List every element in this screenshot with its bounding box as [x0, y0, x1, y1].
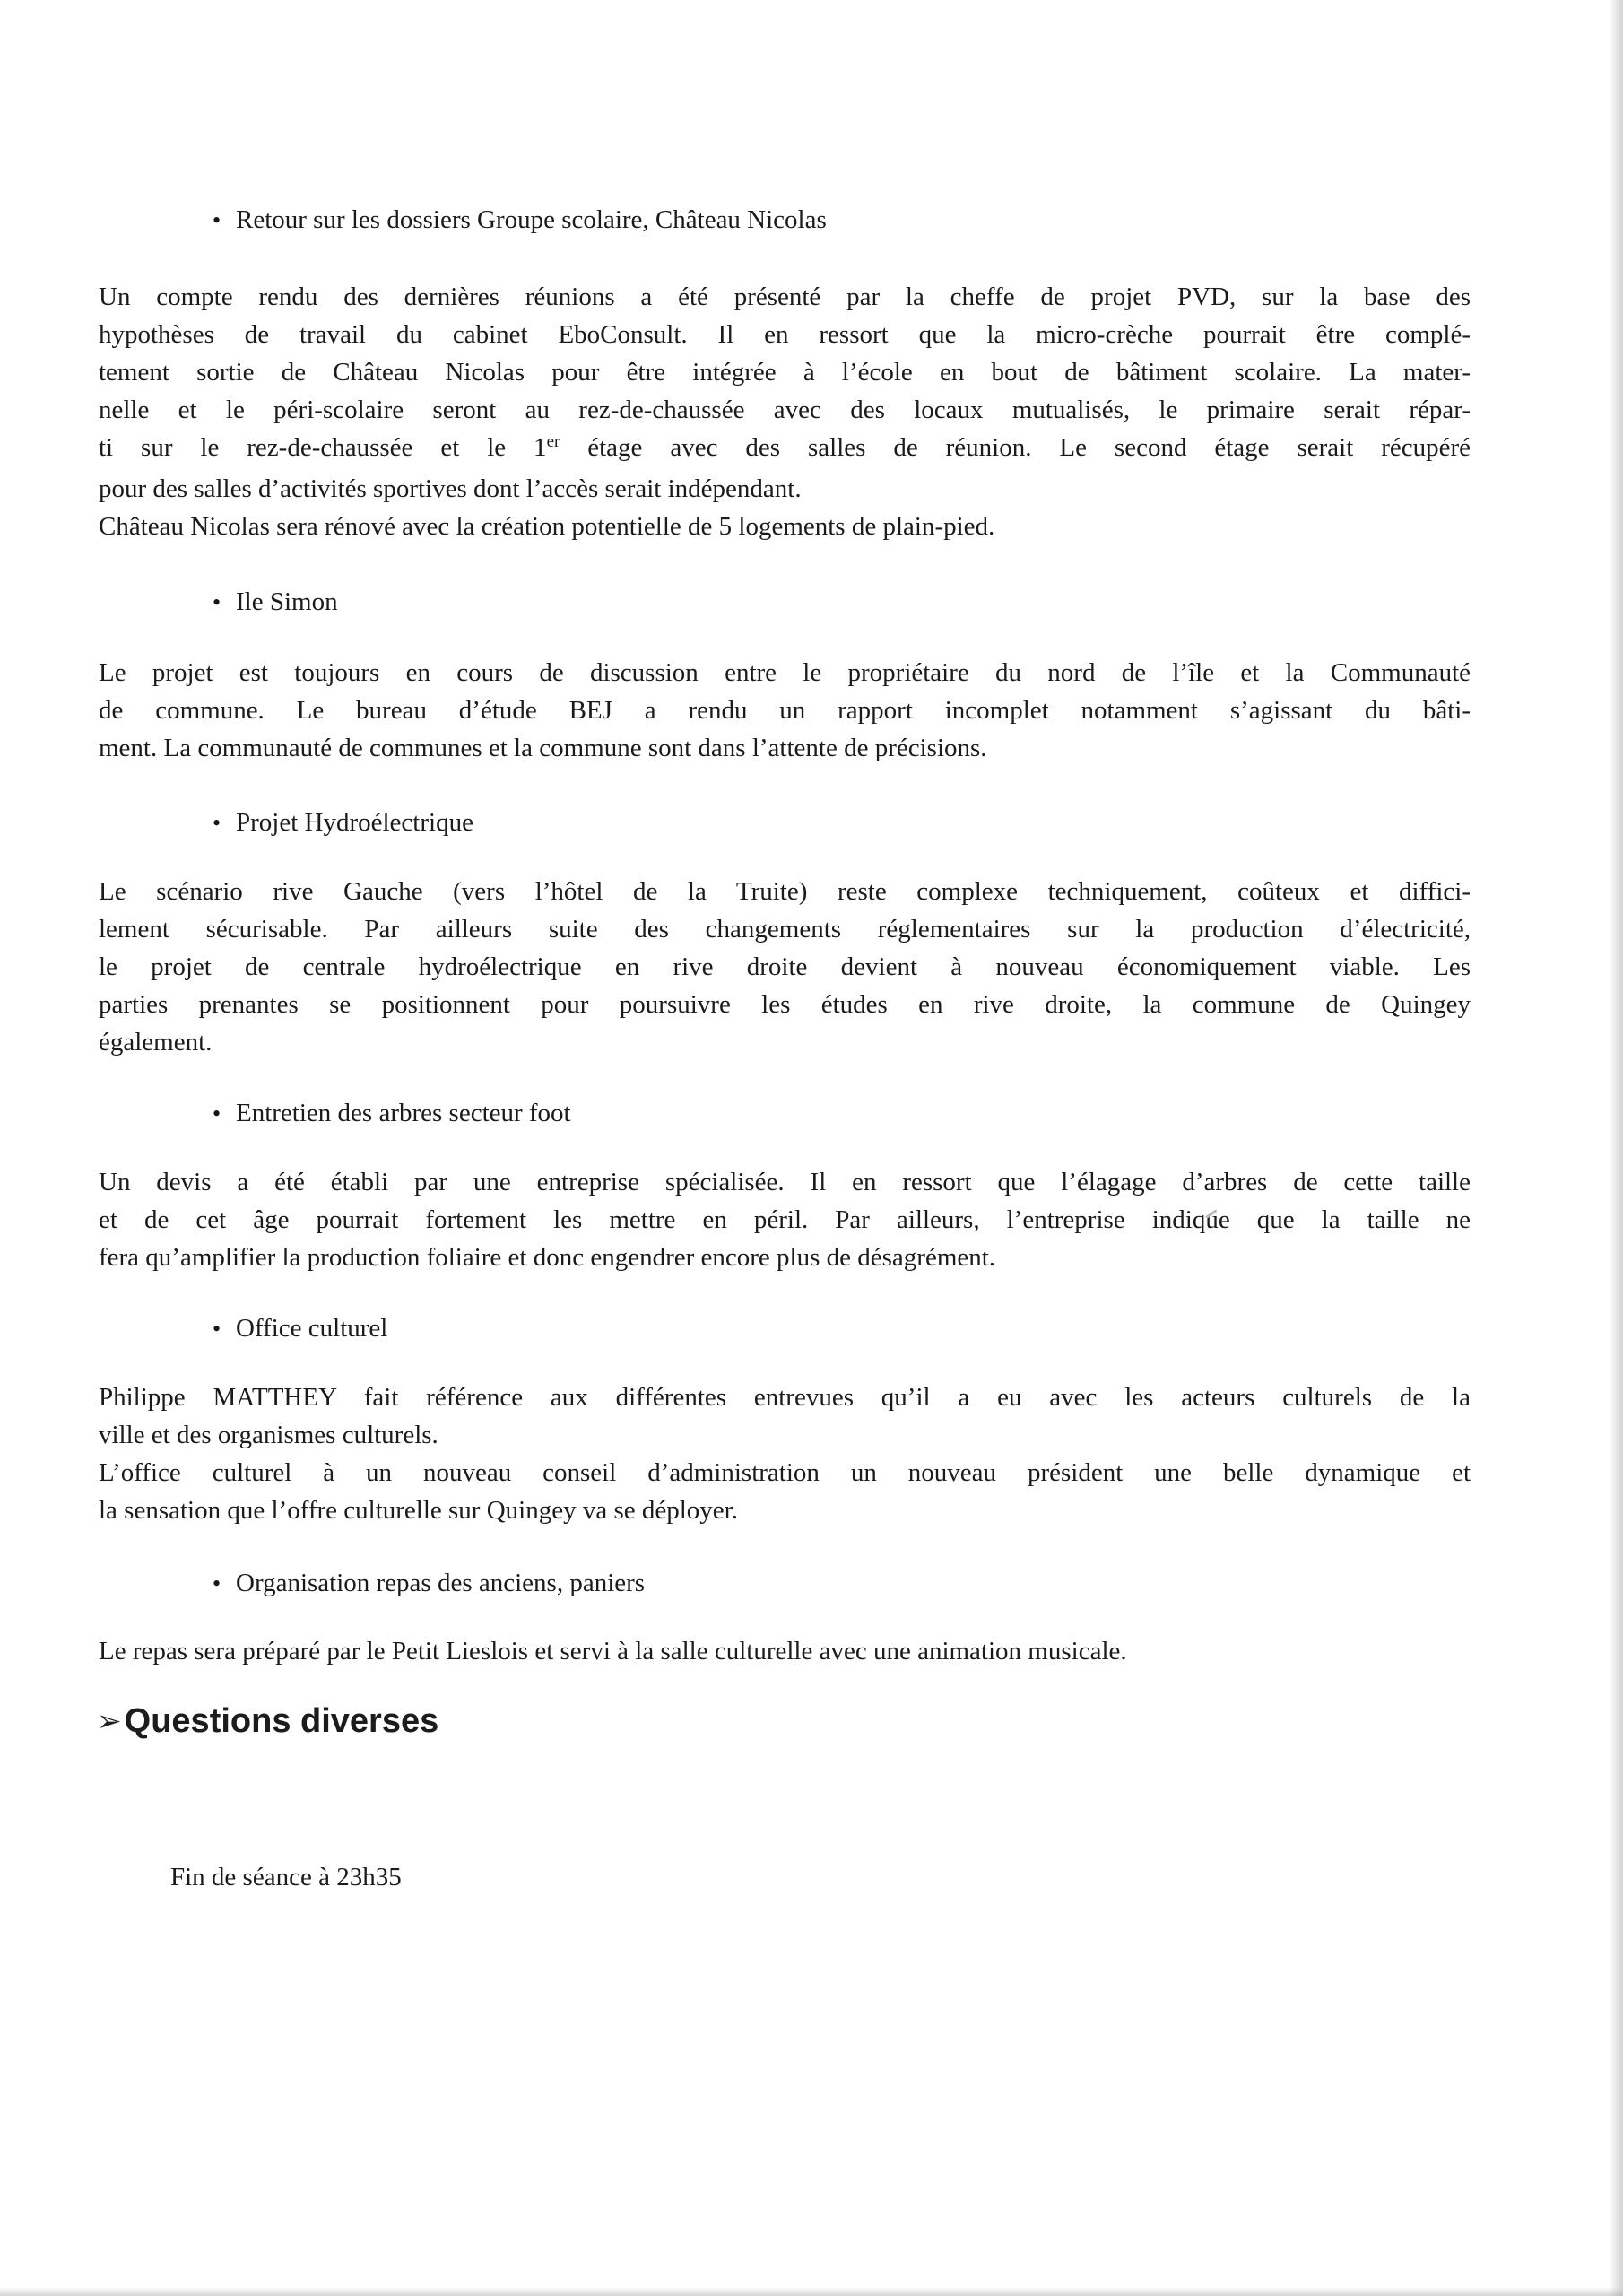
paragraph-ile-simon: Le projet est toujours en cours de discu…	[99, 654, 1471, 767]
text-line: et de cet âge pourrait fortement les met…	[99, 1201, 1471, 1239]
bullet-icon: •	[213, 1310, 236, 1348]
bullet-item-ile-simon: • Ile Simon	[99, 583, 1584, 622]
bullet-icon: •	[213, 584, 236, 622]
bullet-icon: •	[213, 202, 236, 239]
text-line: Un devis a été établi par une entreprise…	[99, 1163, 1471, 1201]
bullet-item-entretien-arbres: • Entretien des arbres secteur foot	[99, 1094, 1584, 1133]
bullet-label: Projet Hydroélectrique	[236, 804, 473, 841]
text-line: Le projet est toujours en cours de discu…	[99, 654, 1471, 691]
bullet-icon: •	[213, 1565, 236, 1603]
bullet-label: Retour sur les dossiers Groupe scolaire,…	[236, 201, 827, 239]
text-line: nelle et le péri-scolaire seront au rez-…	[99, 391, 1471, 429]
text-segment: ti sur le rez-de-chaussée et le 1	[99, 433, 547, 462]
paragraph-groupe-scolaire: Un compte rendu des dernières réunions a…	[99, 278, 1471, 545]
text-line: parties prenantes se positionnent pour p…	[99, 986, 1471, 1023]
text-line: de commune. Le bureau d’étude BEJ a rend…	[99, 691, 1471, 729]
bullet-icon: •	[213, 804, 236, 842]
scan-edge-shadow-right	[1609, 0, 1623, 2296]
bullet-item-projet-hydroelectrique: • Projet Hydroélectrique	[99, 804, 1584, 842]
text-line: ville et des organismes culturels.	[99, 1416, 1471, 1454]
bullet-label: Office culturel	[236, 1309, 387, 1347]
closing-line: Fin de séance à 23h35	[170, 1858, 402, 1896]
arrowhead-bullet-icon: ➢	[97, 1700, 122, 1742]
text-line: également.	[99, 1023, 1471, 1061]
bullet-label: Entretien des arbres secteur foot	[236, 1094, 571, 1132]
text-line: la sensation que l’offre culturelle sur …	[99, 1492, 1471, 1529]
bullet-icon: •	[213, 1095, 236, 1133]
section-heading-label: Questions diverses	[125, 1700, 439, 1742]
text-segment: étage avec des salles de réunion. Le sec…	[560, 433, 1471, 462]
bullet-item-office-culturel: • Office culturel	[99, 1309, 1584, 1348]
text-line: hypothèses de travail du cabinet EboCons…	[99, 316, 1471, 353]
text-line-with-superscript: ti sur le rez-de-chaussée et le 1er étag…	[99, 429, 1471, 470]
text-line: ment. La communauté de communes et la co…	[99, 729, 1471, 767]
text-line: lement sécurisable. Par ailleurs suite d…	[99, 910, 1471, 948]
text-line: Le scénario rive Gauche (vers l’hôtel de…	[99, 873, 1471, 910]
text-line: Un compte rendu des dernières réunions a…	[99, 278, 1471, 316]
text-line: Philippe MATTHEY fait référence aux diff…	[99, 1378, 1471, 1416]
paragraph-entretien-arbres: Un devis a été établi par une entreprise…	[99, 1163, 1471, 1276]
scanned-document-page: • Retour sur les dossiers Groupe scolair…	[0, 0, 1623, 2296]
text-line: tement sortie de Château Nicolas pour êt…	[99, 353, 1471, 391]
ordinal-superscript: er	[547, 432, 560, 451]
text-line: Château Nicolas sera rénové avec la créa…	[99, 508, 1471, 545]
text-line: Le repas sera préparé par le Petit Liesl…	[99, 1632, 1471, 1670]
section-heading-questions-diverses: ➢ Questions diverses	[97, 1700, 438, 1742]
bullet-label: Organisation repas des anciens, paniers	[236, 1564, 645, 1602]
bullet-item-organisation-repas: • Organisation repas des anciens, panier…	[99, 1564, 1584, 1603]
text-line: pour des salles d’activités sportives do…	[99, 470, 1471, 508]
scan-edge-shadow-bottom	[0, 2287, 1623, 2296]
paragraph-projet-hydroelectrique: Le scénario rive Gauche (vers l’hôtel de…	[99, 873, 1471, 1061]
paragraph-organisation-repas: Le repas sera préparé par le Petit Liesl…	[99, 1632, 1471, 1670]
paragraph-office-culturel: Philippe MATTHEY fait référence aux diff…	[99, 1378, 1471, 1529]
text-line: L’office culturel à un nouveau conseil d…	[99, 1454, 1471, 1492]
text-line: fera qu’amplifier la production foliaire…	[99, 1239, 1471, 1276]
bullet-label: Ile Simon	[236, 583, 338, 621]
bullet-item-groupe-scolaire: • Retour sur les dossiers Groupe scolair…	[99, 201, 1584, 239]
text-line: le projet de centrale hydroélectrique en…	[99, 948, 1471, 986]
